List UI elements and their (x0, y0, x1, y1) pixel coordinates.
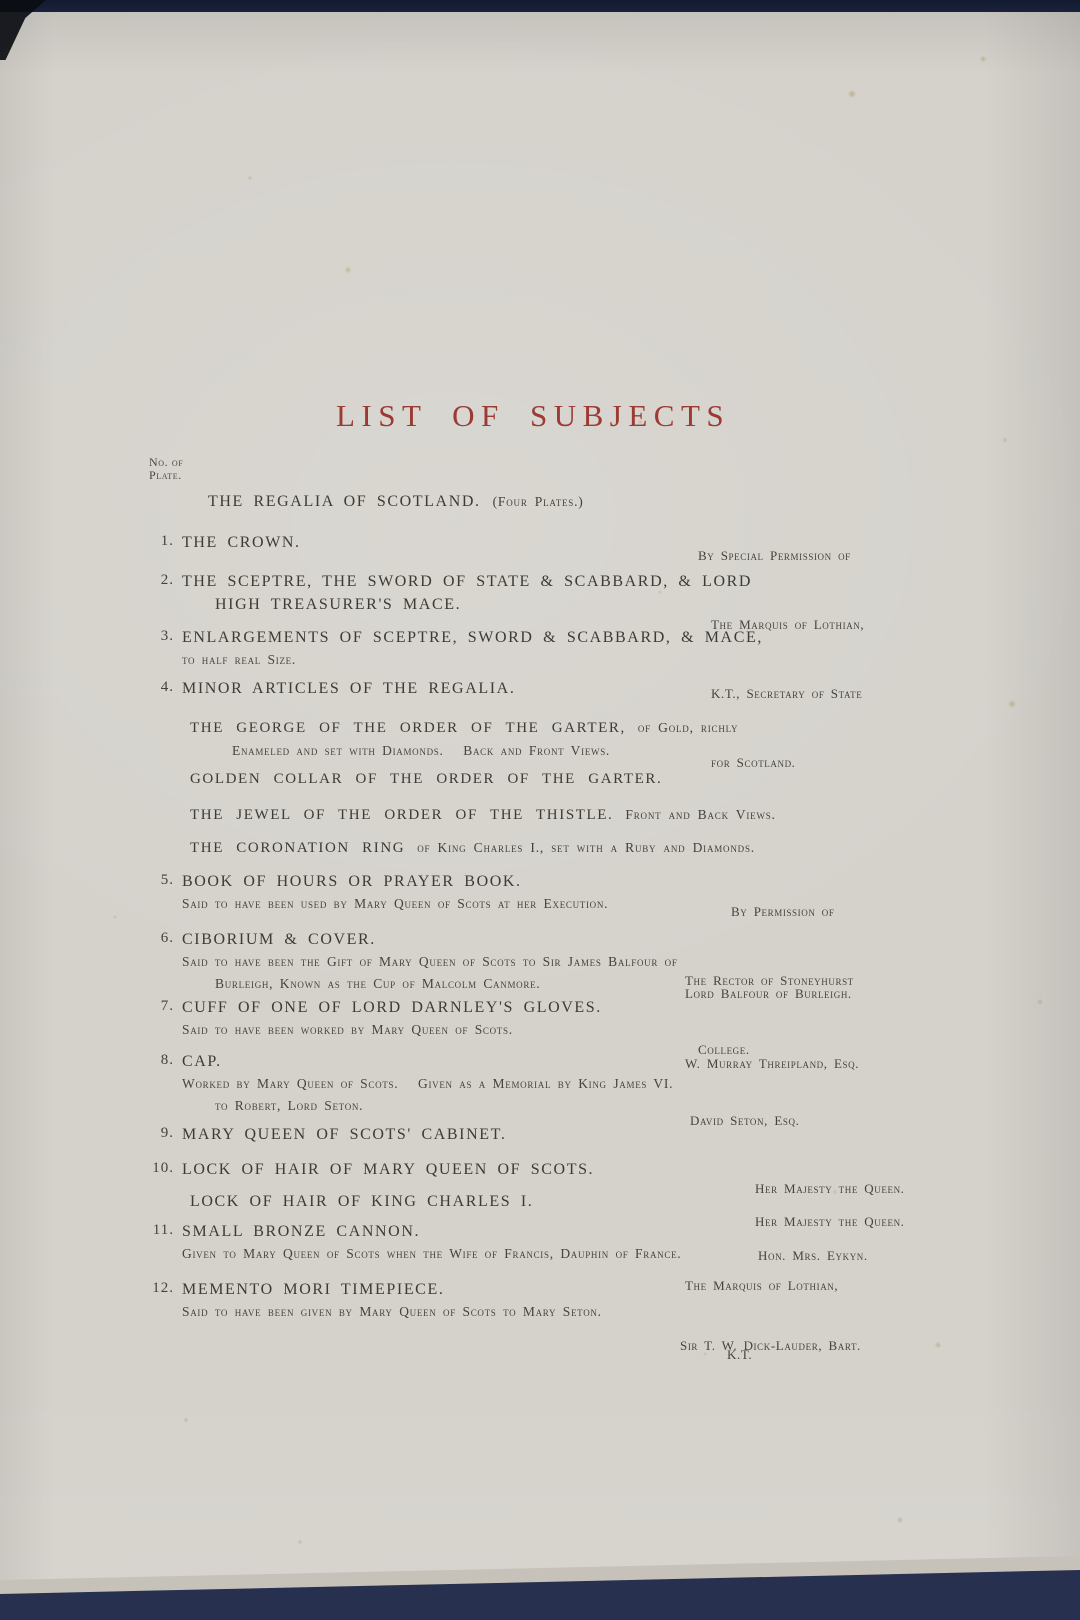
plate-number: 8. (148, 1052, 174, 1069)
page-title: LIST OF SUBJECTS (336, 398, 730, 434)
item-title: ENLARGEMENTS OF SCEPTRE, SWORD & SCABBAR… (182, 626, 1028, 649)
list-item-10b: LOCK OF HAIR OF KING CHARLES I. Hon. Mrs… (148, 1190, 1028, 1213)
list-item-5: 5. BOOK OF HOURS OR PRAYER BOOK. Said to… (148, 870, 1028, 915)
plate-number: 4. (148, 679, 174, 696)
plate-number: 3. (148, 628, 174, 645)
list-subitem-golden-collar: GOLDEN COLLAR OF THE ORDER OF THE GARTER… (148, 768, 1028, 791)
list-item-1: 1. THE CROWN. (148, 531, 1028, 554)
list-item-3: 3. ENLARGEMENTS OF SCEPTRE, SWORD & SCAB… (148, 626, 1028, 671)
item-title: THE CROWN. (182, 531, 1028, 554)
credit-line: Sir T. W. Dick-Lauder, Bart. (680, 1334, 900, 1357)
subitem-note: Enameled and set with Diamonds. Back and… (190, 740, 1028, 762)
plate-number: 12. (148, 1280, 174, 1297)
plate-number: 7. (148, 998, 174, 1015)
subitem-title: THE JEWEL OF THE ORDER OF THE THISTLE. (190, 807, 613, 823)
list-item-8: 8. CAP. Worked by Mary Queen of Scots. G… (148, 1050, 1028, 1117)
list-subitem-george: THE GEORGE OF THE ORDER OF THE GARTER,of… (148, 716, 1028, 762)
plate-number: 10. (148, 1160, 174, 1177)
plate-number-column-header: No. of Plate. (149, 456, 183, 482)
list-item-2: 2. THE SCEPTRE, THE SWORD OF STATE & SCA… (148, 570, 1028, 616)
item-title: MINOR ARTICLES OF THE REGALIA. (182, 677, 1028, 700)
plate-header-line2: Plate. (149, 469, 183, 482)
list-heading-regalia: THE REGALIA OF SCOTLAND.(Four Plates.) B… (148, 490, 1028, 513)
plate-number: 1. (148, 533, 174, 550)
plate-number: 5. (148, 872, 174, 889)
subitem-note: of Gold, richly (638, 720, 738, 735)
list-item-4: 4. MINOR ARTICLES OF THE REGALIA. (148, 677, 1028, 700)
item-note: to half real Size. (182, 649, 1028, 671)
subitem-title: GOLDEN COLLAR OF THE ORDER OF THE GARTER… (190, 768, 1028, 791)
subitem-title: THE GEORGE OF THE ORDER OF THE GARTER, (190, 720, 626, 736)
list-item-7: 7. CUFF OF ONE OF LORD DARNLEY'S GLOVES.… (148, 996, 1028, 1041)
heading-plates-note: (Four Plates.) (493, 494, 584, 509)
item-title: MEMENTO MORI TIMEPIECE. (182, 1278, 1028, 1301)
subitem-note: of King Charles I., set with a Ruby and … (417, 840, 755, 855)
item-title: THE SCEPTRE, THE SWORD OF STATE & SCABBA… (182, 570, 1028, 593)
book-page: LIST OF SUBJECTS No. of Plate. THE REGAL… (0, 12, 1080, 1590)
subitem-note: Front and Back Views. (625, 807, 775, 822)
plate-number: 9. (148, 1125, 174, 1142)
list-item-10: 10. LOCK OF HAIR OF MARY QUEEN OF SCOTS.… (148, 1158, 1028, 1181)
list-item-6: 6. CIBORIUM & COVER. Said to have been t… (148, 928, 1028, 995)
heading-title: THE REGALIA OF SCOTLAND. (208, 493, 481, 510)
plate-number: 11. (148, 1222, 174, 1239)
list-subitem-jewel-thistle: THE JEWEL OF THE ORDER OF THE THISTLE.Fr… (148, 803, 1028, 827)
subitem-title: THE CORONATION RING (190, 840, 405, 856)
item-note: Said to have been given by Mary Queen of… (182, 1301, 1028, 1323)
plate-number: 6. (148, 930, 174, 947)
credit-dick-lauder: Sir T. W. Dick-Lauder, Bart. (680, 1288, 900, 1403)
credit-line: By Permission of (685, 900, 905, 923)
list-item-12: 12. MEMENTO MORI TIMEPIECE. Said to have… (148, 1278, 1028, 1323)
plate-number: 2. (148, 572, 174, 589)
item-title-continued: HIGH TREASURER'S MACE. (182, 593, 1028, 616)
list-item-9: 9. MARY QUEEN OF SCOTS' CABINET. Her Maj… (148, 1123, 1028, 1146)
list-item-11: 11. SMALL BRONZE CANNON. Given to Mary Q… (148, 1220, 1028, 1265)
